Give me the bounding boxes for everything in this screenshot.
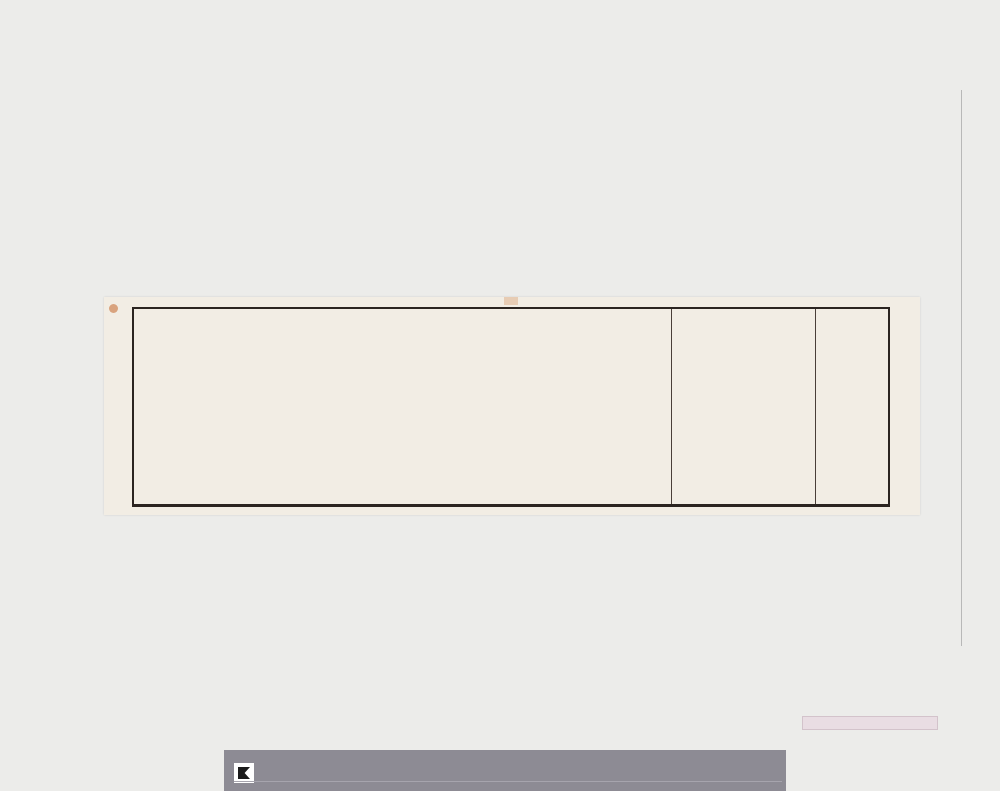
pin-mark <box>109 304 118 313</box>
section-divider <box>671 309 672 504</box>
holder-tray <box>802 716 938 730</box>
grayscale-calibration-strip <box>961 90 1000 646</box>
kodak-logo-icon <box>234 763 254 783</box>
kodak-color-control-patches <box>224 688 786 791</box>
document-frame <box>132 307 890 507</box>
kodak-label-bar <box>224 750 786 791</box>
patch-row-tint <box>224 720 786 750</box>
centimeter-ruler <box>234 781 782 790</box>
document-sheet <box>104 297 920 515</box>
patch-name-row <box>224 750 786 764</box>
patch-row-saturated <box>224 688 786 720</box>
kodak-title <box>294 764 726 780</box>
accession-number-holder <box>802 696 938 732</box>
tape-mark <box>504 297 518 305</box>
title-divider <box>815 309 816 504</box>
